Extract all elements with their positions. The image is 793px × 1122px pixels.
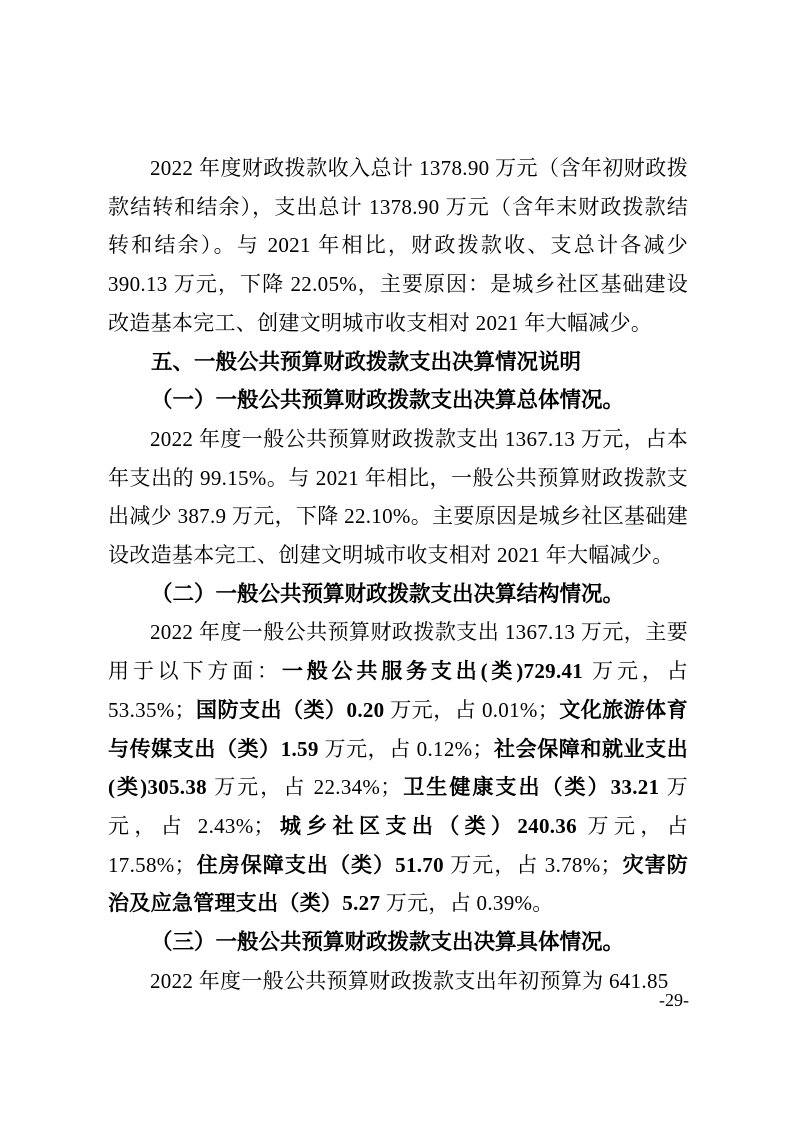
expenditure-category-amount: 住房保障支出（类）51.70 (196, 853, 444, 877)
heading-section-five: 五、一般公共预算财政拨款支出决算情况说明 (108, 343, 688, 382)
expenditure-category-amount: 城乡社区支出（类）240.36 (275, 814, 577, 838)
heading-subsection-one: （一）一般公共预算财政拨款支出决算总体情况。 (108, 381, 688, 420)
expenditure-share-text: 万元，占 3.78%； (444, 853, 622, 877)
paragraph-expenditure-structure: 2022 年度一般公共预算财政拨款支出 1367.13 万元，主要用于以下方面：… (108, 613, 688, 923)
expenditure-share-text: 万元，占 0.12%； (319, 737, 494, 761)
expenditure-share-text: 万元，占 0.01%； (384, 698, 559, 722)
expenditure-category-amount: 国防支出（类）0.20 (196, 698, 385, 722)
expenditure-share-text: 万元，占 22.34%； (207, 775, 402, 799)
paragraph-fiscal-appropriation-summary: 2022 年度财政拨款收入总计 1378.90 万元（含年初财政拨款结转和结余）… (108, 149, 688, 343)
heading-subsection-three: （三）一般公共预算财政拨款支出决算具体情况。 (108, 923, 688, 962)
heading-subsection-two: （二）一般公共预算财政拨款支出决算结构情况。 (108, 575, 688, 614)
paragraph-overall-expenditure: 2022 年度一般公共预算财政拨款支出 1367.13 万元，占本年支出的 99… (108, 420, 688, 575)
paragraph-detail-intro: 2022 年度一般公共预算财政拨款支出年初预算为 641.85 (108, 962, 688, 1001)
expenditure-category-amount: 一般公共服务支出(类)729.41 (282, 659, 583, 683)
document-body: 2022 年度财政拨款收入总计 1378.90 万元（含年初财政拨款结转和结余）… (108, 149, 688, 1000)
expenditure-share-text: 万元，占 0.39%。 (380, 891, 553, 915)
document-page: 2022 年度财政拨款收入总计 1378.90 万元（含年初财政拨款结转和结余）… (0, 0, 793, 1122)
page-number: -29- (659, 990, 689, 1010)
expenditure-category-amount: 卫生健康支出（类）33.21 (402, 775, 660, 799)
